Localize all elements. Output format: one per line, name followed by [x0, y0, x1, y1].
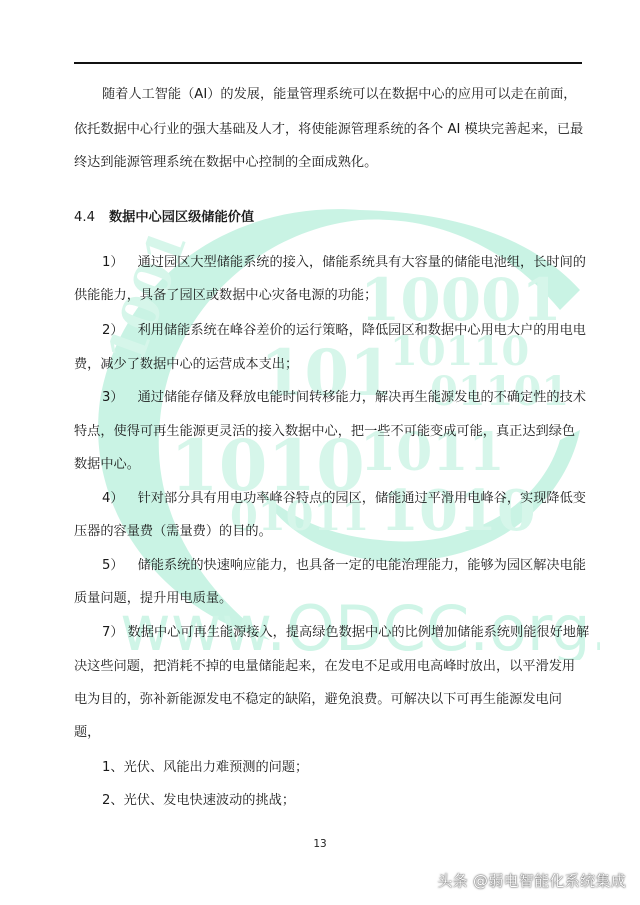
list-item-line: 费，减少了数据中心的运营成本支出；: [74, 356, 298, 374]
source-watermark-label: 头条 @弱电智能化系统集成: [437, 870, 626, 891]
list-item-line: 题，: [74, 724, 100, 742]
intro-line: 随着人工智能（AI）的发展，能量管理系统可以在数据中心的应用可以走在前面，: [74, 86, 576, 104]
list-item-line: 供能能力，具备了园区或数据中心灾备电源的功能；: [74, 287, 377, 305]
page-number: 13: [0, 838, 640, 850]
list-item: 2）利用储能系统在峰谷差价的运行策略，降低园区和数据中心用电大户的用电电: [74, 322, 586, 340]
svg-text:1010: 1010: [380, 478, 536, 544]
intro-line: 终达到能源管理系统在数据中心控制的全面成熟化。: [74, 154, 377, 172]
header-rule: [74, 62, 582, 64]
list-item-line: 电为目的，弥补新能源发电不稳定的缺陷，避免浪费。可解决以下可再生能源发电问: [74, 691, 562, 709]
list-item-line: 压器的容量费（需量费）的目的。: [74, 523, 272, 541]
list-item-line: 特点，使得可再生能源更灵活的接入数据中心，把一些不可能变成可能，真正达到绿色: [74, 423, 575, 441]
list-item: 5）储能系统的快速响应能力，也具备一定的电能治理能力，能够为园区解决电能: [74, 557, 586, 575]
sub-item: 1、光伏、风能出力难预测的问题；: [102, 759, 308, 777]
list-item: 7）数据中心可再生能源接入，提高绿色数据中心的比例增加储能系统则能很好地解: [74, 624, 589, 642]
intro-line: 依托数据中心行业的强大基础及人才，将使能源管理系统的各个 AI 模块完善起来，已…: [74, 121, 583, 139]
list-item-line: 数据中心。: [74, 456, 140, 474]
list-item-line: 质量问题，提升用电质量。: [74, 590, 232, 608]
section-number: 4.4: [74, 210, 95, 225]
list-item: 4）针对部分具有用电功率峰谷特点的园区，储能通过平滑用电峰谷，实现降低变: [74, 490, 586, 508]
section-heading: 4.4数据中心园区级储能价值: [74, 209, 254, 227]
section-title: 数据中心园区级储能价值: [109, 210, 254, 225]
list-item: 3）通过储能存储及释放电能时间转移能力，解决再生能源发电的不确定性的技术: [74, 389, 586, 407]
sub-item: 2、光伏、发电快速波动的挑战；: [102, 792, 295, 810]
list-item: 1）通过园区大型储能系统的接入，储能系统具有大容量的储能电池组，长时间的: [74, 254, 586, 272]
list-item-line: 决这些问题，把消耗不掉的电量储能起来，在发电不足或用电高峰时放出，以平滑发用: [74, 658, 575, 676]
